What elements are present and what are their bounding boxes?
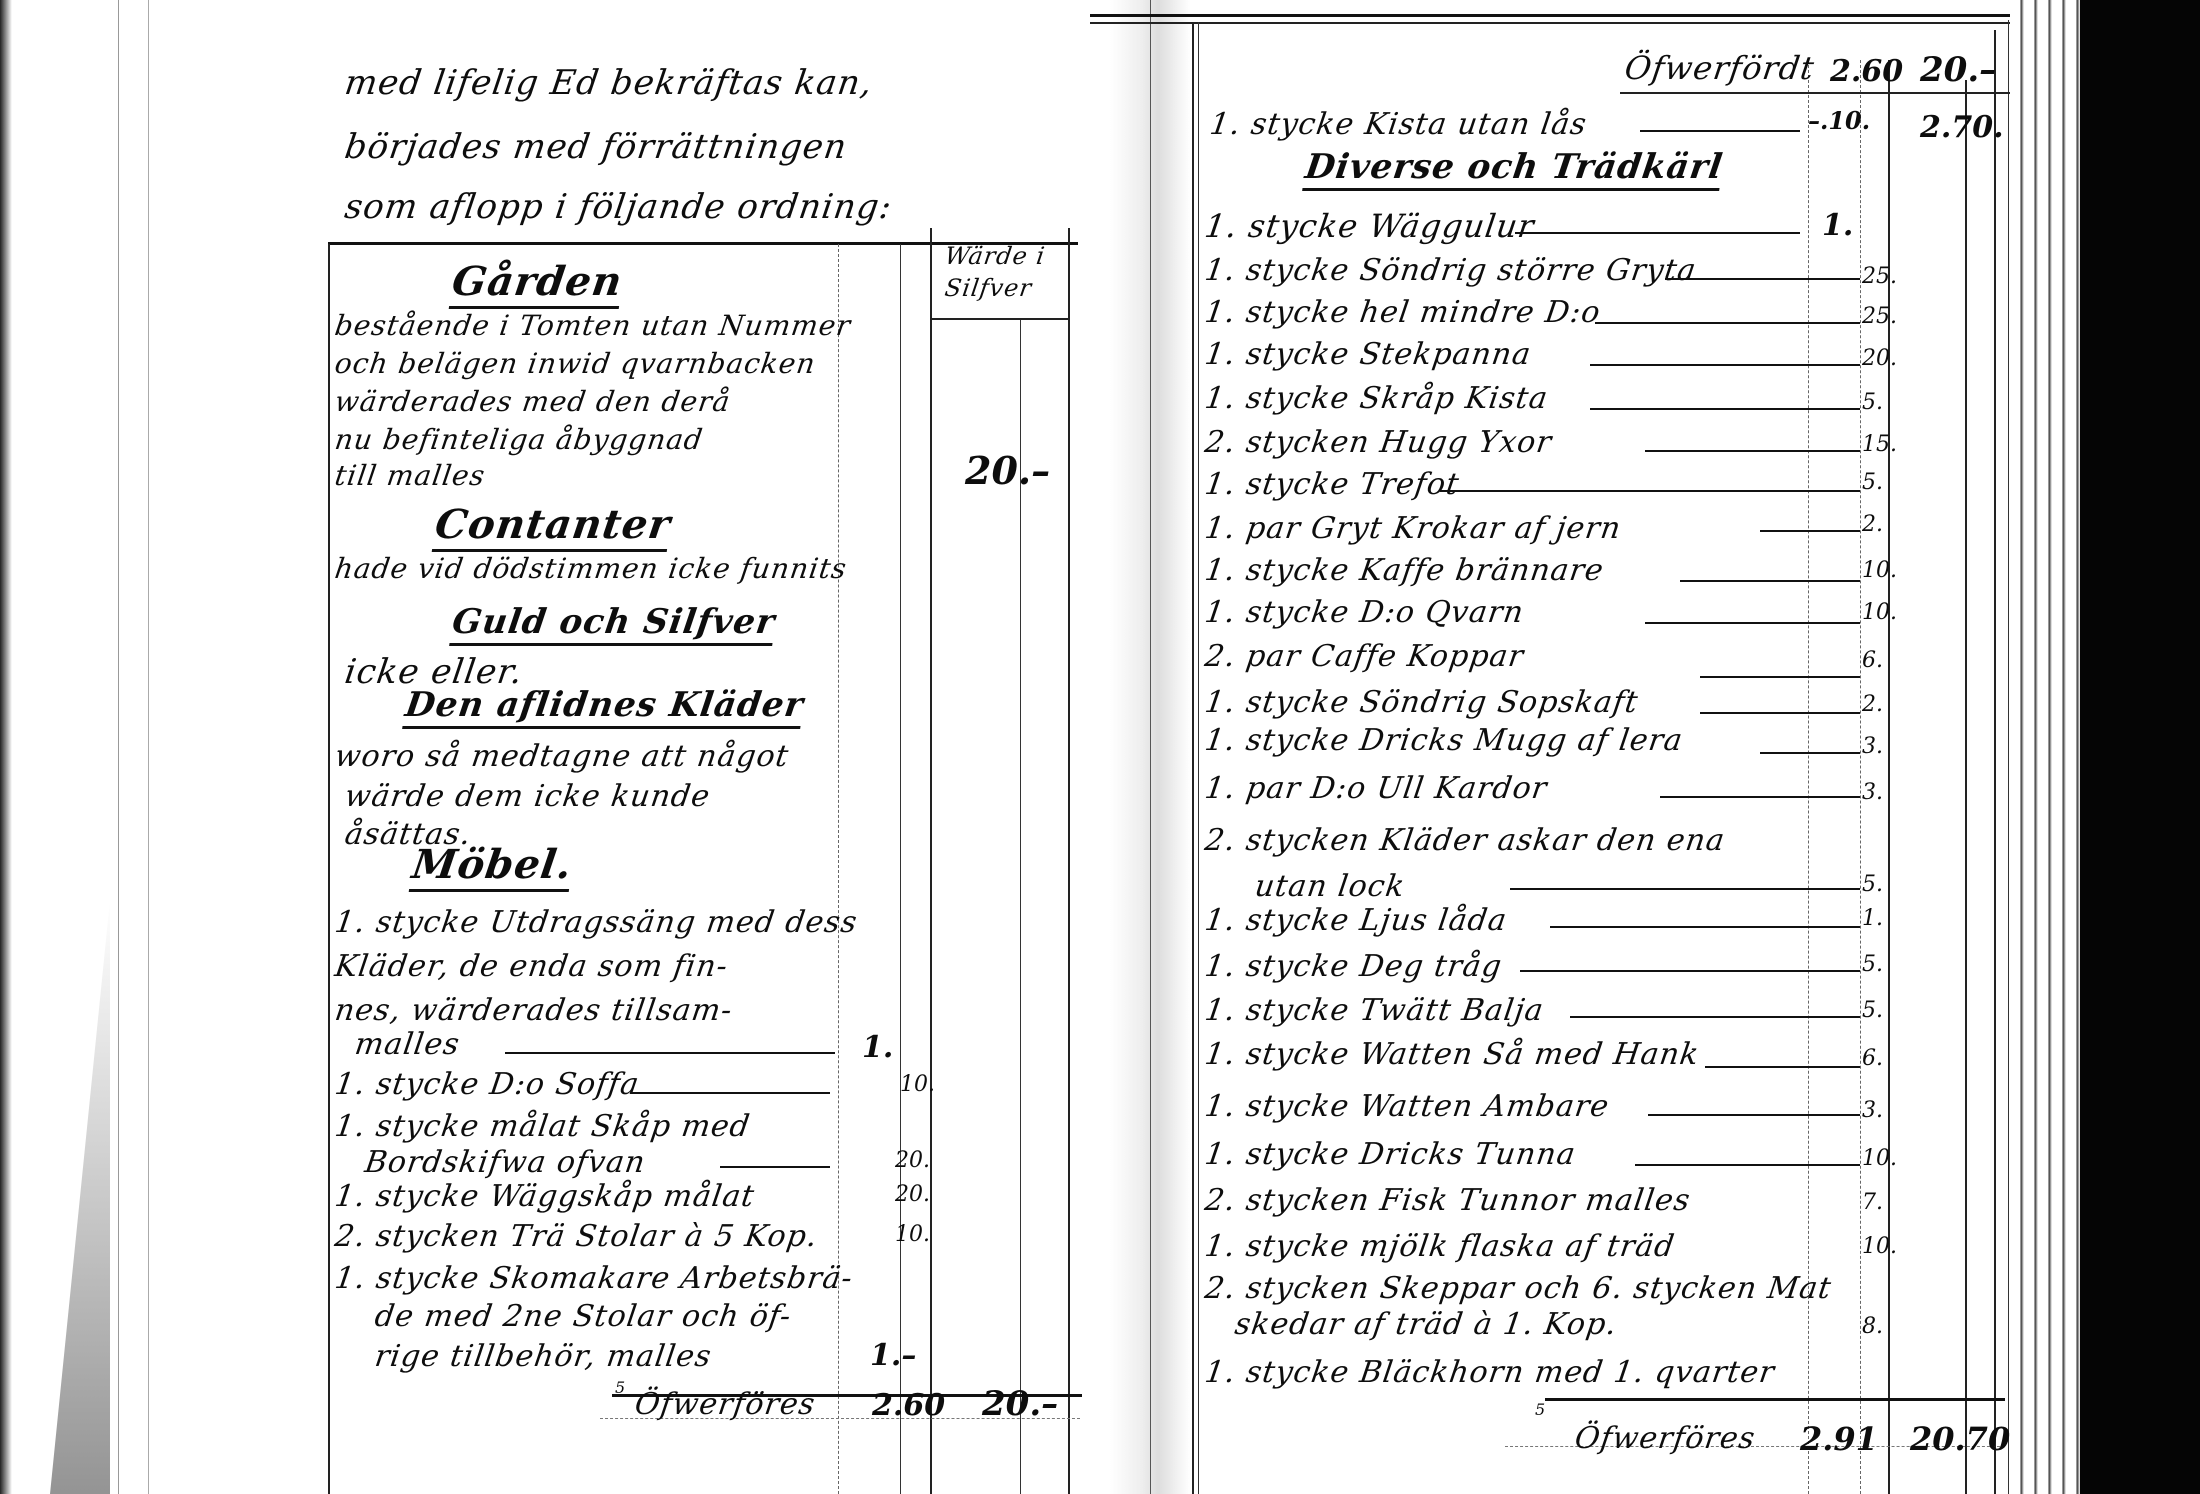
list-item-18: 1. stycke Twätt Balja [1203,996,1546,1026]
fill-line [1700,676,1860,678]
list-item-24-value: 8. [1862,1314,1883,1339]
scan-background-right [2080,0,2200,1494]
section-heading-guld-silfver: Guld och Silfver [449,605,777,646]
list-item-3: 1. stycke hel mindre D:o [1203,298,1603,328]
right-col-rule-2 [1860,60,1861,1494]
list-item-15-value: 5. [1862,872,1883,897]
list-item-9-value: 10. [1862,558,1897,583]
list-item-23-value: 10. [1862,1234,1897,1259]
first-item-value: –.10. [1808,106,1870,135]
right-page-margin-rule [1192,22,1194,1494]
list-item-9: 1. stycke Kaffe brännare [1203,556,1606,586]
mobel-item-5-line-1: 2. stycken Trä Stolar à 5 Kop. [333,1222,820,1252]
klader-line-1: woro så medtagne att något [333,742,791,772]
brought-forward-riksdaler: 2.60 [1830,54,1903,89]
list-item-4: 1. stycke Stekpanna [1203,340,1533,370]
column-header-line-1: Wärde i [943,244,1047,268]
first-item-subtotal: 2.70. [1920,110,2004,145]
mobel-item-1-line-2: Kläder, de enda som fin- [333,952,730,982]
mobel-item-1-line-4: malles [353,1030,462,1060]
fill-line [1648,1114,1860,1116]
list-item-21-value: 10. [1862,1146,1897,1171]
brought-forward-underline [1620,92,2010,94]
mobel-item-1-line-3: nes, wärderades tillsam- [333,996,734,1026]
section-heading-mobel: Möbel. [409,845,575,892]
header-box-bottom [930,318,1070,320]
list-item-10: 1. stycke D:o Qvarn [1203,598,1526,628]
mobel-item-4-line-1: 1. stycke Wäggskåp målat [333,1182,757,1212]
carried-forward-silfver-left: 20.– [982,1384,1058,1424]
list-item-11: 2. par Caffe Koppar [1203,642,1526,672]
list-item-24-line-1: 2. stycken Skeppar och 6. stycken Mat [1203,1274,1834,1304]
fill-line [505,1052,835,1054]
carried-forward-riksdaler-left: 2.60 [872,1388,945,1423]
list-item-17: 1. stycke Deg tråg [1203,952,1504,982]
mobel-item-3-line-1: 1. stycke målat Skåp med [333,1112,752,1142]
page-edge-line-left [118,0,119,1494]
guld-line-1: icke eller. [343,655,526,689]
list-item-6: 2. stycken Hugg Yxor [1203,428,1554,458]
list-item-17-value: 5. [1862,952,1883,977]
list-item-11-value: 6. [1862,648,1883,673]
section-heading-diverse: Diverse och Trädkärl [1302,150,1725,191]
intro-line-3: som aflopp i följande ordning: [343,190,895,224]
list-item-15-line-2: utan lock [1253,872,1407,902]
list-item-8-value: 2. [1862,512,1883,537]
list-item-4-value: 20. [1862,346,1897,371]
list-item-12: 1. stycke Söndrig Sopskaft [1203,688,1640,718]
garden-line-4: nu befinteliga åbyggnad [333,426,705,454]
list-item-16: 1. stycke Ljus låda [1203,906,1509,936]
mobel-item-6-line-2: de med 2ne Stolar och öf- [373,1302,793,1332]
fill-line [1760,752,1860,754]
list-item-8: 1. par Gryt Krokar af jern [1203,514,1623,544]
right-col-rule-5 [1994,30,1996,1494]
binding-shadow [50,900,110,1494]
garden-line-2: och belägen inwid qvarnbacken [333,350,817,378]
right-col-rule-4 [1965,80,1967,1494]
col-rule-1 [838,244,839,1494]
list-item-13-value: 3. [1862,734,1883,759]
top-rule-right-1 [1090,14,2010,17]
mobel-item-5-value: 10. [895,1222,930,1247]
top-rule-right-2 [1090,22,2010,24]
col-rule-4 [1020,320,1021,1494]
garden-line-1: bestående i Tomten utan Nummer [333,312,853,340]
left-scan-margin [0,0,12,1494]
list-item-21: 1. stycke Dricks Tunna [1203,1140,1578,1170]
col-rule-5 [1068,228,1070,1494]
klader-line-2: wärde dem icke kunde [343,782,712,812]
first-item-text: 1. stycke Kista utan lås [1208,110,1589,140]
carried-forward-label-right: Öfwerföres [1573,1424,1757,1454]
fill-line [1590,408,1860,410]
list-item-15-line-1: 2. stycken Kläder askar den ena [1203,826,1727,856]
mobel-item-2-line-1: 1. stycke D:o Soffa [333,1070,642,1100]
mobel-item-3-line-2: Bordskifwa ofvan [363,1148,648,1178]
carried-forward-silfver-right: 20.70 [1910,1420,2010,1458]
fill-line [630,1092,830,1094]
intro-line-2: börjades med förrättningen [343,130,850,164]
section-heading-klader: Den aflidnes Kläder [402,688,806,729]
mobel-item-3-value: 20. [895,1148,930,1173]
list-item-1-value: 1. [1822,208,1853,243]
brought-forward-silfver: 20.– [1920,50,1996,90]
list-item-7-value: 5. [1862,470,1883,495]
list-item-24-line-2: skedar af träd à 1. Kop. [1233,1310,1619,1340]
brought-forward-label: Öfwerfördt [1623,52,1817,84]
list-item-5-value: 5. [1862,390,1883,415]
fill-line [720,1166,830,1168]
fill-line [1680,580,1860,582]
fill-line [1570,1016,1860,1018]
fill-line [1640,130,1800,132]
column-header-line-2: Silfver [943,276,1033,300]
fill-line [1705,1066,1860,1068]
list-item-19: 1. stycke Watten Så med Hank [1203,1040,1701,1070]
garden-value: 20.– [965,448,1050,493]
list-item-2-value: 25. [1862,264,1897,289]
list-item-23: 1. stycke mjölk flaska af träd [1203,1232,1677,1262]
contanter-line-1: hade vid dödstimmen icke funnits [333,555,849,583]
list-item-1: 1. stycke Wäggulur [1203,210,1537,242]
list-item-14: 1. par D:o Ull Kardor [1203,774,1549,804]
right-col-rule-6 [2008,20,2009,1494]
list-item-10-value: 10. [1862,600,1897,625]
page-edge-line-left-2 [148,0,149,1494]
mobel-item-2-value: 10. [900,1072,935,1097]
list-item-6-value: 15. [1862,432,1897,457]
gutter-line [1150,0,1151,1494]
mobel-item-6-line-1: 1. stycke Skomakare Arbetsbrä- [333,1264,855,1294]
mobel-item-1-line-1: 1. stycke Utdragssäng med dess [333,908,859,938]
fanned-page-edges [2010,0,2090,1494]
list-item-12-value: 2. [1862,692,1883,717]
mobel-item-4-value: 20. [895,1182,930,1207]
col-rule-3 [930,228,932,1494]
fill-line [1645,450,1860,452]
fill-line [1660,796,1860,798]
fill-line [1665,278,1860,280]
fill-line [1440,490,1860,492]
garden-line-3: wärderades med den derå [333,388,732,416]
section-heading-garden: Gården [449,262,625,309]
footnote-mark-left: 5 [615,1378,625,1397]
list-item-5: 1. stycke Skråp Kista [1203,384,1550,414]
fill-line [1645,622,1860,624]
mobel-item-1-value: 1. [862,1030,893,1065]
list-item-18-value: 5. [1862,998,1883,1023]
total-rule-right [1545,1398,2005,1401]
fill-line [1590,364,1860,366]
fill-line [1510,888,1860,890]
carried-forward-riksdaler-right: 2.91 [1800,1420,1878,1458]
fill-line [1760,530,1860,532]
list-item-19-value: 6. [1862,1046,1883,1071]
col-rule-2 [900,244,901,1494]
list-item-13: 1. stycke Dricks Mugg af lera [1203,726,1685,756]
intro-line-1: med lifelig Ed bekräftas kan, [343,66,875,100]
fill-line [1635,1164,1860,1166]
list-item-16-value: 1. [1862,906,1883,931]
list-item-7: 1. stycke Trefot [1203,470,1461,500]
section-heading-contanter: Contanter [432,505,674,552]
fill-line [1550,926,1860,928]
list-item-22-value: 7. [1862,1190,1883,1215]
fill-line [1595,322,1860,324]
list-item-22: 2. stycken Fisk Tunnor malles [1203,1186,1692,1216]
list-item-2: 1. stycke Söndrig större Gryta [1203,256,1699,286]
right-page-margin-rule-2 [1198,22,1199,1494]
mobel-item-6-value: 1.– [870,1338,916,1373]
list-item-25: 1. stycke Bläckhorn med 1. qvarter [1203,1358,1777,1388]
fill-line [1515,232,1800,234]
garden-line-5: till malles [333,462,487,490]
list-item-20: 1. stycke Watten Ambare [1203,1092,1611,1122]
list-item-3-value: 25. [1862,304,1897,329]
list-item-20-value: 3. [1862,1098,1883,1123]
fill-line [1520,970,1860,972]
list-item-14-value: 3. [1862,780,1883,805]
mobel-item-6-line-3: rige tillbehör, malles [373,1342,714,1372]
table-left-rule [328,244,330,1494]
carried-forward-label-left: Öfwerföres [633,1390,817,1420]
footnote-mark-right: 5 [1535,1400,1545,1419]
fill-line [1700,712,1860,714]
